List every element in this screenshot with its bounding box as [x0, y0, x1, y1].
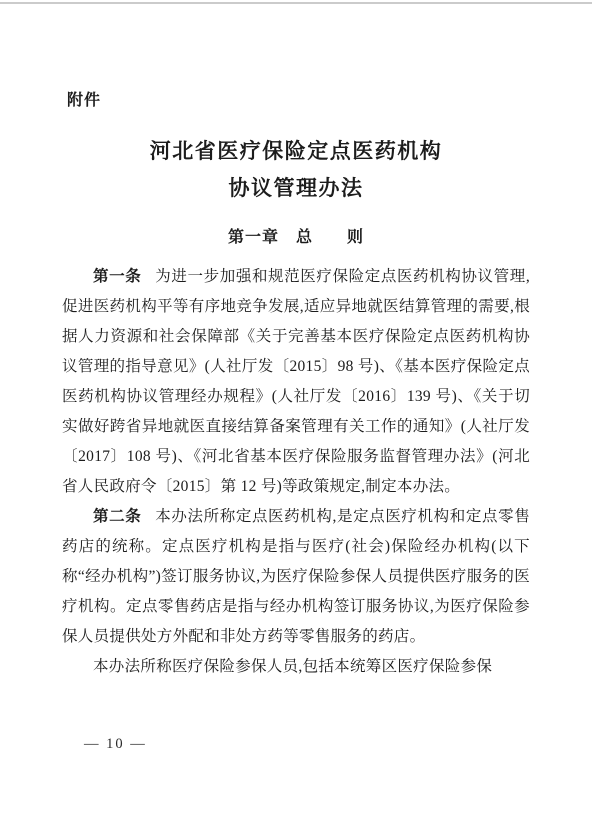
article-1-label: 第一条	[93, 268, 141, 285]
article-2-text: 本办法所称定点医药机构,是定点医疗机构和定点零售药店的统称。定点医疗机构是指与医…	[62, 508, 530, 645]
attachment-label: 附件	[67, 87, 101, 110]
document-title-line2: 协议管理办法	[0, 170, 592, 207]
paragraph-article-1: 第一条为进一步加强和规范医疗保险定点医药机构协议管理,促进医药机构平等有序地竞争…	[62, 262, 530, 502]
page-number: — 10 —	[84, 736, 147, 753]
article-2-label: 第二条	[93, 508, 141, 525]
paragraph-article-2: 第二条本办法所称定点医药机构,是定点医疗机构和定点零售药店的统称。定点医疗机构是…	[62, 502, 530, 652]
paragraph-continuation: 本办法所称医疗保险参保人员,包括本统筹区医疗保险参保	[62, 652, 530, 682]
chapter-heading: 第一章 总 则	[0, 224, 592, 247]
document-body: 第一条为进一步加强和规范医疗保险定点医药机构协议管理,促进医药机构平等有序地竞争…	[62, 262, 530, 682]
document-title-line1: 河北省医疗保险定点医药机构	[0, 133, 592, 170]
article-1-text: 为进一步加强和规范医疗保险定点医药机构协议管理,促进医药机构平等有序地竞争发展,…	[62, 268, 530, 495]
continuation-text: 本办法所称医疗保险参保人员,包括本统筹区医疗保险参保	[93, 658, 492, 675]
scan-edge-line	[0, 2, 592, 4]
document-title: 河北省医疗保险定点医药机构 协议管理办法	[0, 133, 592, 207]
document-page: 附件 河北省医疗保险定点医药机构 协议管理办法 第一章 总 则 第一条为进一步加…	[0, 0, 592, 828]
